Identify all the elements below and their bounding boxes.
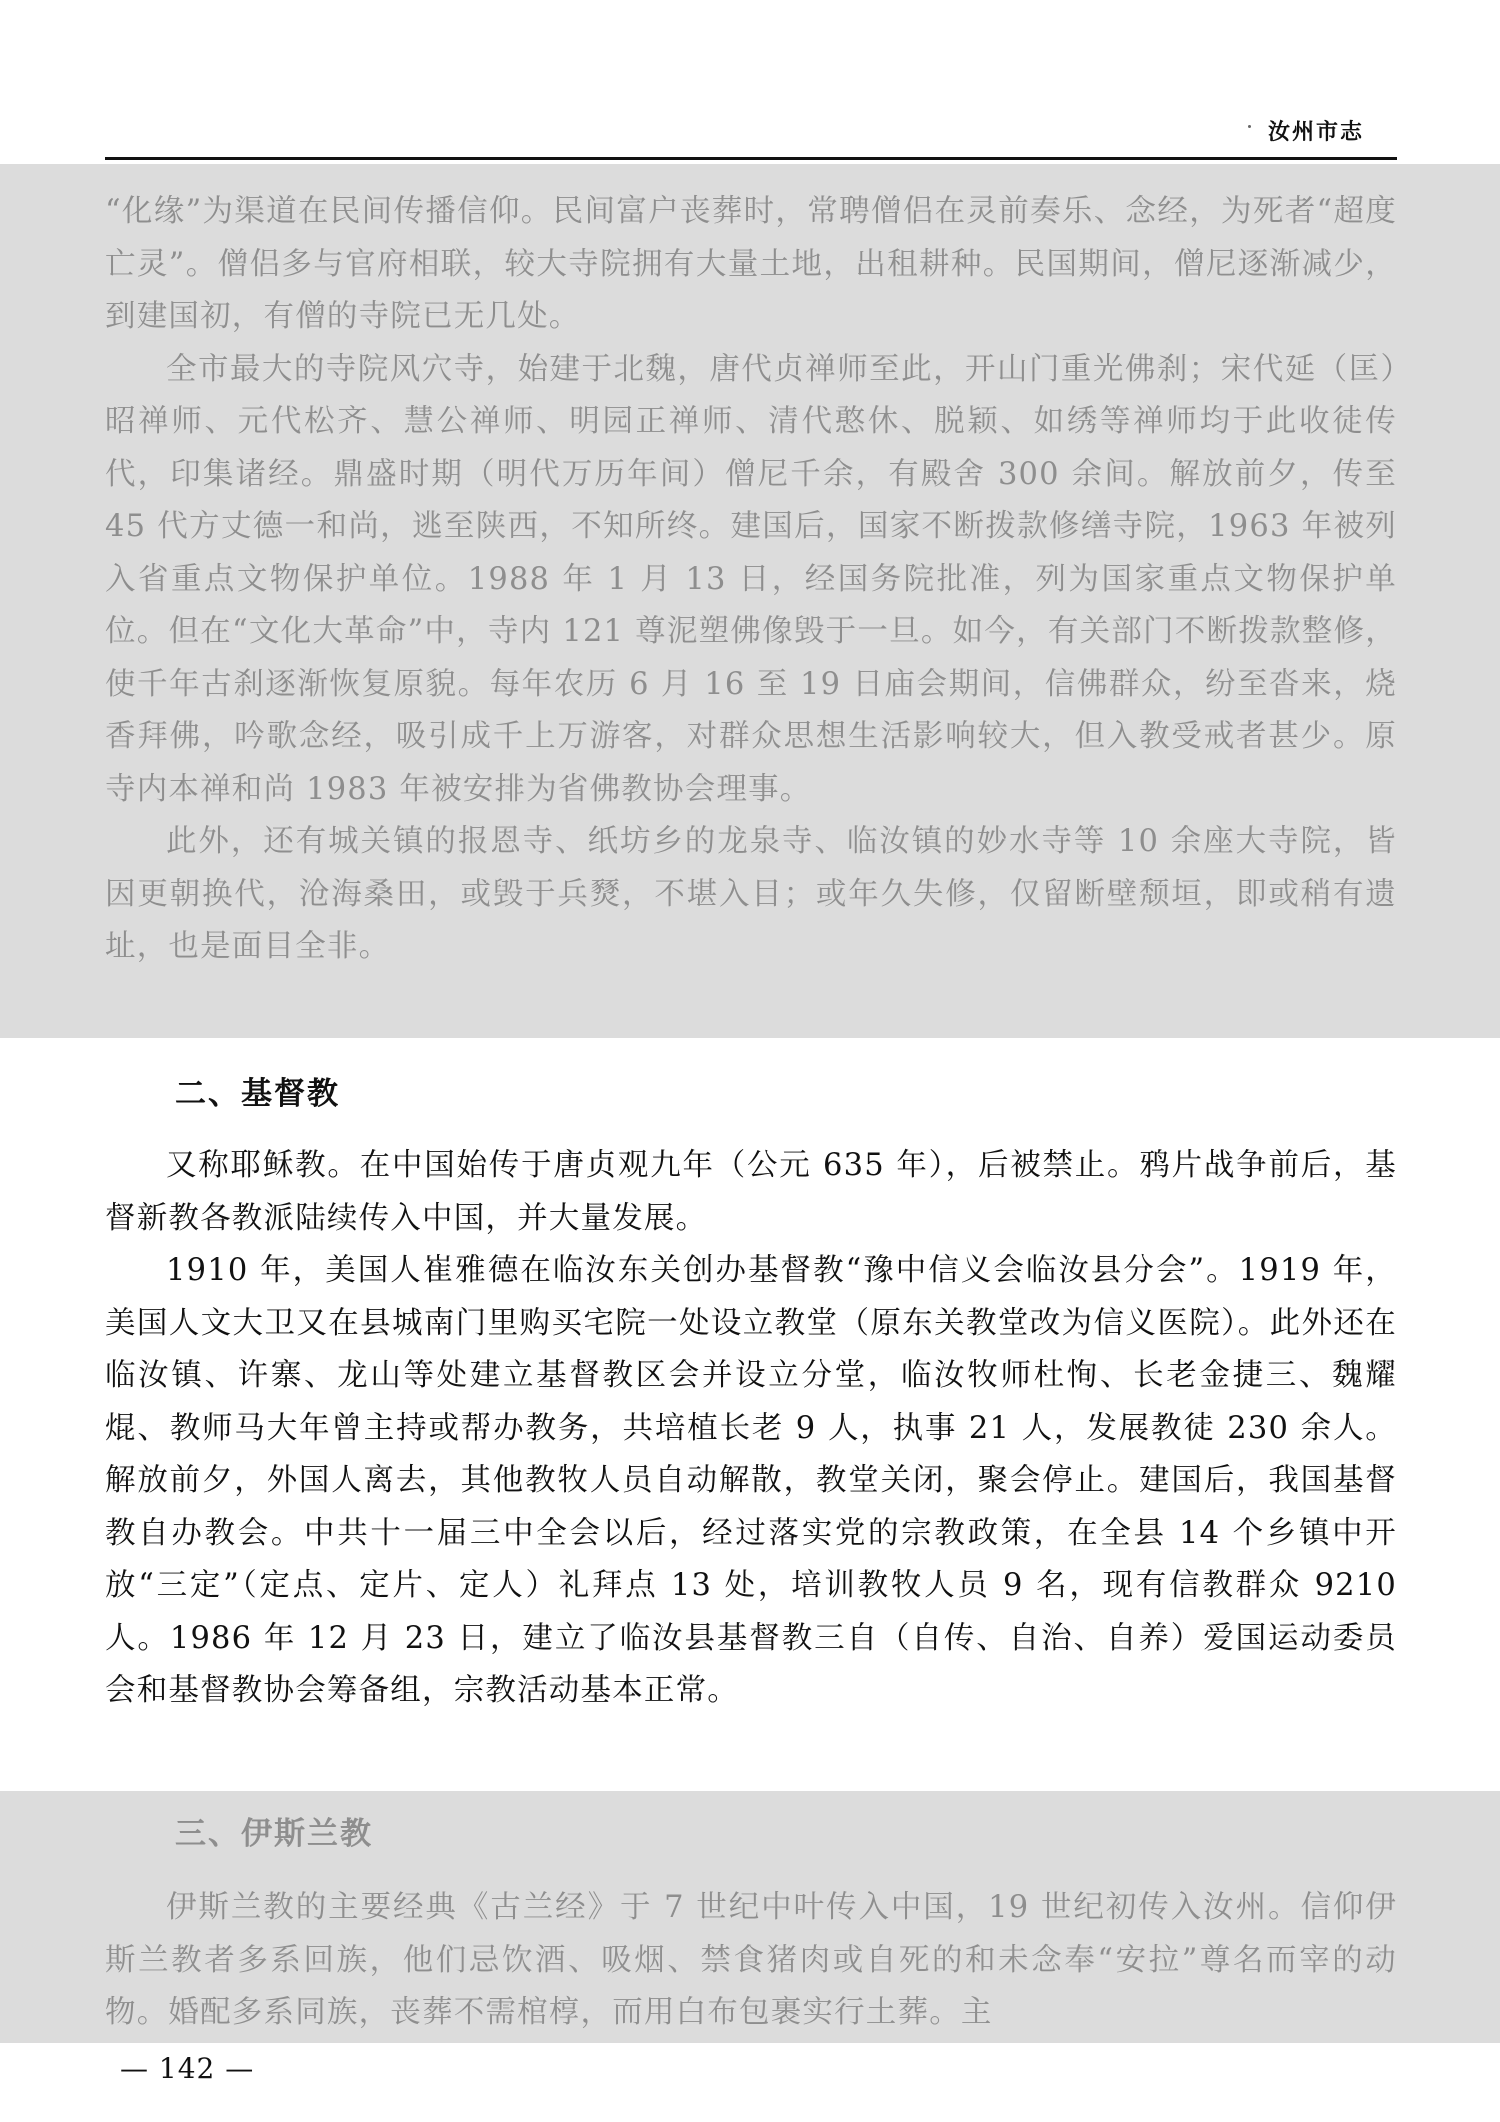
header-rule — [105, 157, 1397, 160]
paragraph: “化缘”为渠道在民间传播信仰。民间富户丧葬时，常聘僧侣在灵前奏乐、念经，为死者“… — [105, 186, 1397, 344]
islam-section: 伊斯兰教的主要经典《古兰经》于 7 世纪中叶传入中国，19 世纪初传入汝州。信仰… — [105, 1882, 1397, 2040]
buddhism-continued-section: “化缘”为渠道在民间传播信仰。民间富户丧葬时，常聘僧侣在灵前奏乐、念经，为死者“… — [105, 186, 1397, 974]
christianity-section: 又称耶稣教。在中国始传于唐贞观九年（公元 635 年），后被禁止。鸦片战争前后，… — [105, 1140, 1397, 1718]
section-heading-islam: 三、伊斯兰教 — [175, 1808, 373, 1853]
page-number: — 142 — — [120, 2052, 254, 2085]
paragraph: 此外，还有城关镇的报恩寺、纸坊乡的龙泉寺、临汝镇的妙水寺等 10 余座大寺院，皆… — [105, 816, 1397, 974]
paragraph: 伊斯兰教的主要经典《古兰经》于 7 世纪中叶传入中国，19 世纪初传入汝州。信仰… — [105, 1882, 1397, 2040]
section-heading-christianity: 二、基督教 — [175, 1068, 340, 1113]
paragraph: 又称耶稣教。在中国始传于唐贞观九年（公元 635 年），后被禁止。鸦片战争前后，… — [105, 1140, 1397, 1245]
paragraph: 1910 年，美国人崔雅德在临汝东关创办基督教“豫中信义会临汝县分会”。1919… — [105, 1245, 1397, 1718]
paragraph: 全市最大的寺院风穴寺，始建于北魏，唐代贞禅师至此，开山门重光佛刹；宋代延（匡）昭… — [105, 344, 1397, 817]
header-dot — [1248, 125, 1251, 128]
running-title: 汝州市志 — [1268, 115, 1364, 146]
